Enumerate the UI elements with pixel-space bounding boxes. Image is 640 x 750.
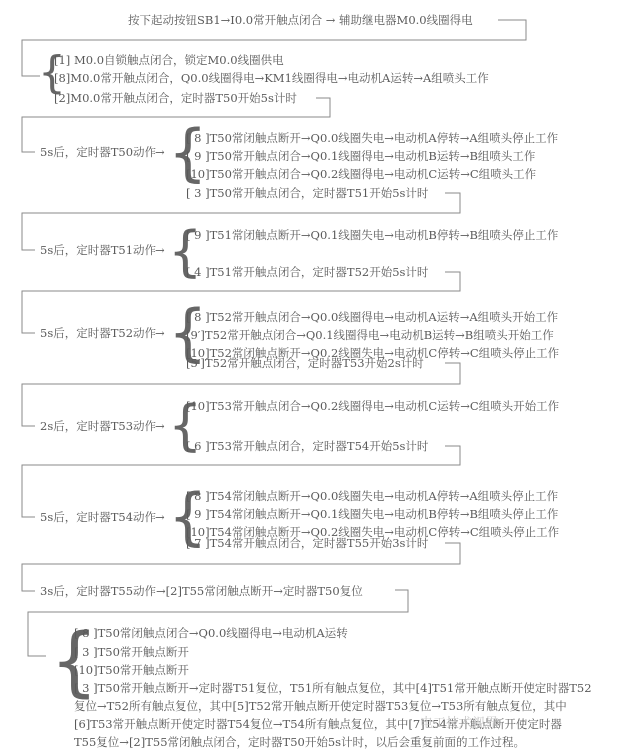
- arrow-icon: →: [155, 419, 165, 433]
- step5-item: [ 8 ]T54常闭触点断开→Q0.0线圈失电→电动机A停转→A组喷头停止工作: [186, 489, 558, 503]
- arrow-icon: →: [155, 326, 165, 340]
- arrow-icon: →: [155, 243, 165, 257]
- step1-item: [10]T50常开触点闭合→Q0.2线圈得电→电动机C运转→C组喷头工作: [186, 167, 536, 181]
- step0-item: [2]M0.0常开触点闭合，定时器T50开始5s计时: [54, 91, 297, 105]
- step4-item: [ 6 ]T53常开触点闭合，定时器T54开始5s计时: [186, 439, 428, 453]
- step1-item: [ 9 ]T50常开触点闭合→Q0.1线圈得电→电动机B运转→B组喷头工作: [186, 149, 535, 163]
- step3-item: [ 8 ]T52常开触点闭合→Q0.0线圈得电→电动机A运转→A组喷头开始工作: [186, 310, 558, 324]
- step3-item: [5′]T52常开触点闭合，定时器T53开始2s计时: [186, 356, 424, 370]
- start-condition: 按下起动按钮SB1→I0.0常开触点闭合 → 辅助继电器M0.0线圈得电: [128, 13, 473, 27]
- step7-item: 复位→T52所有触点复位，其中[5]T52常开触点断开使定时器T53复位→T53…: [74, 699, 567, 713]
- step7-item: [ 3 ]T50常开触点断开→定时器T51复位，T51所有触点复位，其中[4]T…: [74, 681, 592, 695]
- step2-item: [ 9 ]T51常闭触点断开→Q0.1线圈失电→电动机B停转→B组喷头停止工作: [186, 228, 558, 242]
- arrow-icon: →: [155, 510, 165, 524]
- step7-item: [10]T50常开触点断开: [74, 663, 189, 677]
- step1-item: [ 3 ]T50常开触点闭合，定时器T51开始5s计时: [186, 186, 428, 200]
- step5-item: [ 9 ]T54常闭触点断开→Q0.1线圈失电→电动机B停转→B组喷头停止工作: [186, 507, 558, 521]
- step0-item: [8]M0.0常开触点闭合，Q0.0线圈得电→KM1线圈得电→电动机A运转→A组…: [54, 71, 489, 85]
- step4-item: [10]T53常开触点闭合→Q0.2线圈得电→电动机C运转→C组喷头开始工作: [186, 399, 559, 413]
- step2-trigger: 5s后，定时器T51动作: [40, 243, 156, 257]
- step2-item: [ 4 ]T51常开触点闭合，定时器T52开始5s计时: [186, 265, 428, 279]
- step0-item: [1] M0.0自锁触点闭合，锁定M0.0线圈供电: [54, 53, 284, 67]
- step3-trigger: 5s后，定时器T52动作: [40, 326, 156, 340]
- step7-item: [ 8 ]T50常闭触点闭合→Q0.0线圈得电→电动机A运转: [74, 626, 348, 640]
- step4-trigger: 2s后，定时器T53动作: [40, 419, 156, 433]
- arrow-icon: →: [155, 145, 165, 159]
- step3-item: [9′]T52常开触点闭合→Q0.1线圈得电→电动机B运转→B组喷头开始工作: [186, 328, 554, 342]
- step5-trigger: 5s后，定时器T54动作: [40, 510, 156, 524]
- step7-item: [ 3 ]T50常开触点断开: [74, 645, 189, 659]
- step1-item: [ 8 ]T50常闭触点断开→Q0.0线圈失电→电动机A停转→A组喷头停止工作: [186, 131, 558, 145]
- step5-item: [ 7 ]T54常开触点闭合，定时器T55开始3s计时: [186, 536, 428, 550]
- watermark: 电工技术视界: [420, 712, 498, 731]
- step6-text: 3s后，定时器T55动作→[2]T55常闭触点断开→定时器T50复位: [40, 584, 363, 598]
- step7-item: T55复位→[2]T55常闭触点闭合，定时器T50开始5s计时，以后会重复前面的…: [74, 735, 525, 749]
- step1-trigger: 5s后，定时器T50动作: [40, 145, 156, 159]
